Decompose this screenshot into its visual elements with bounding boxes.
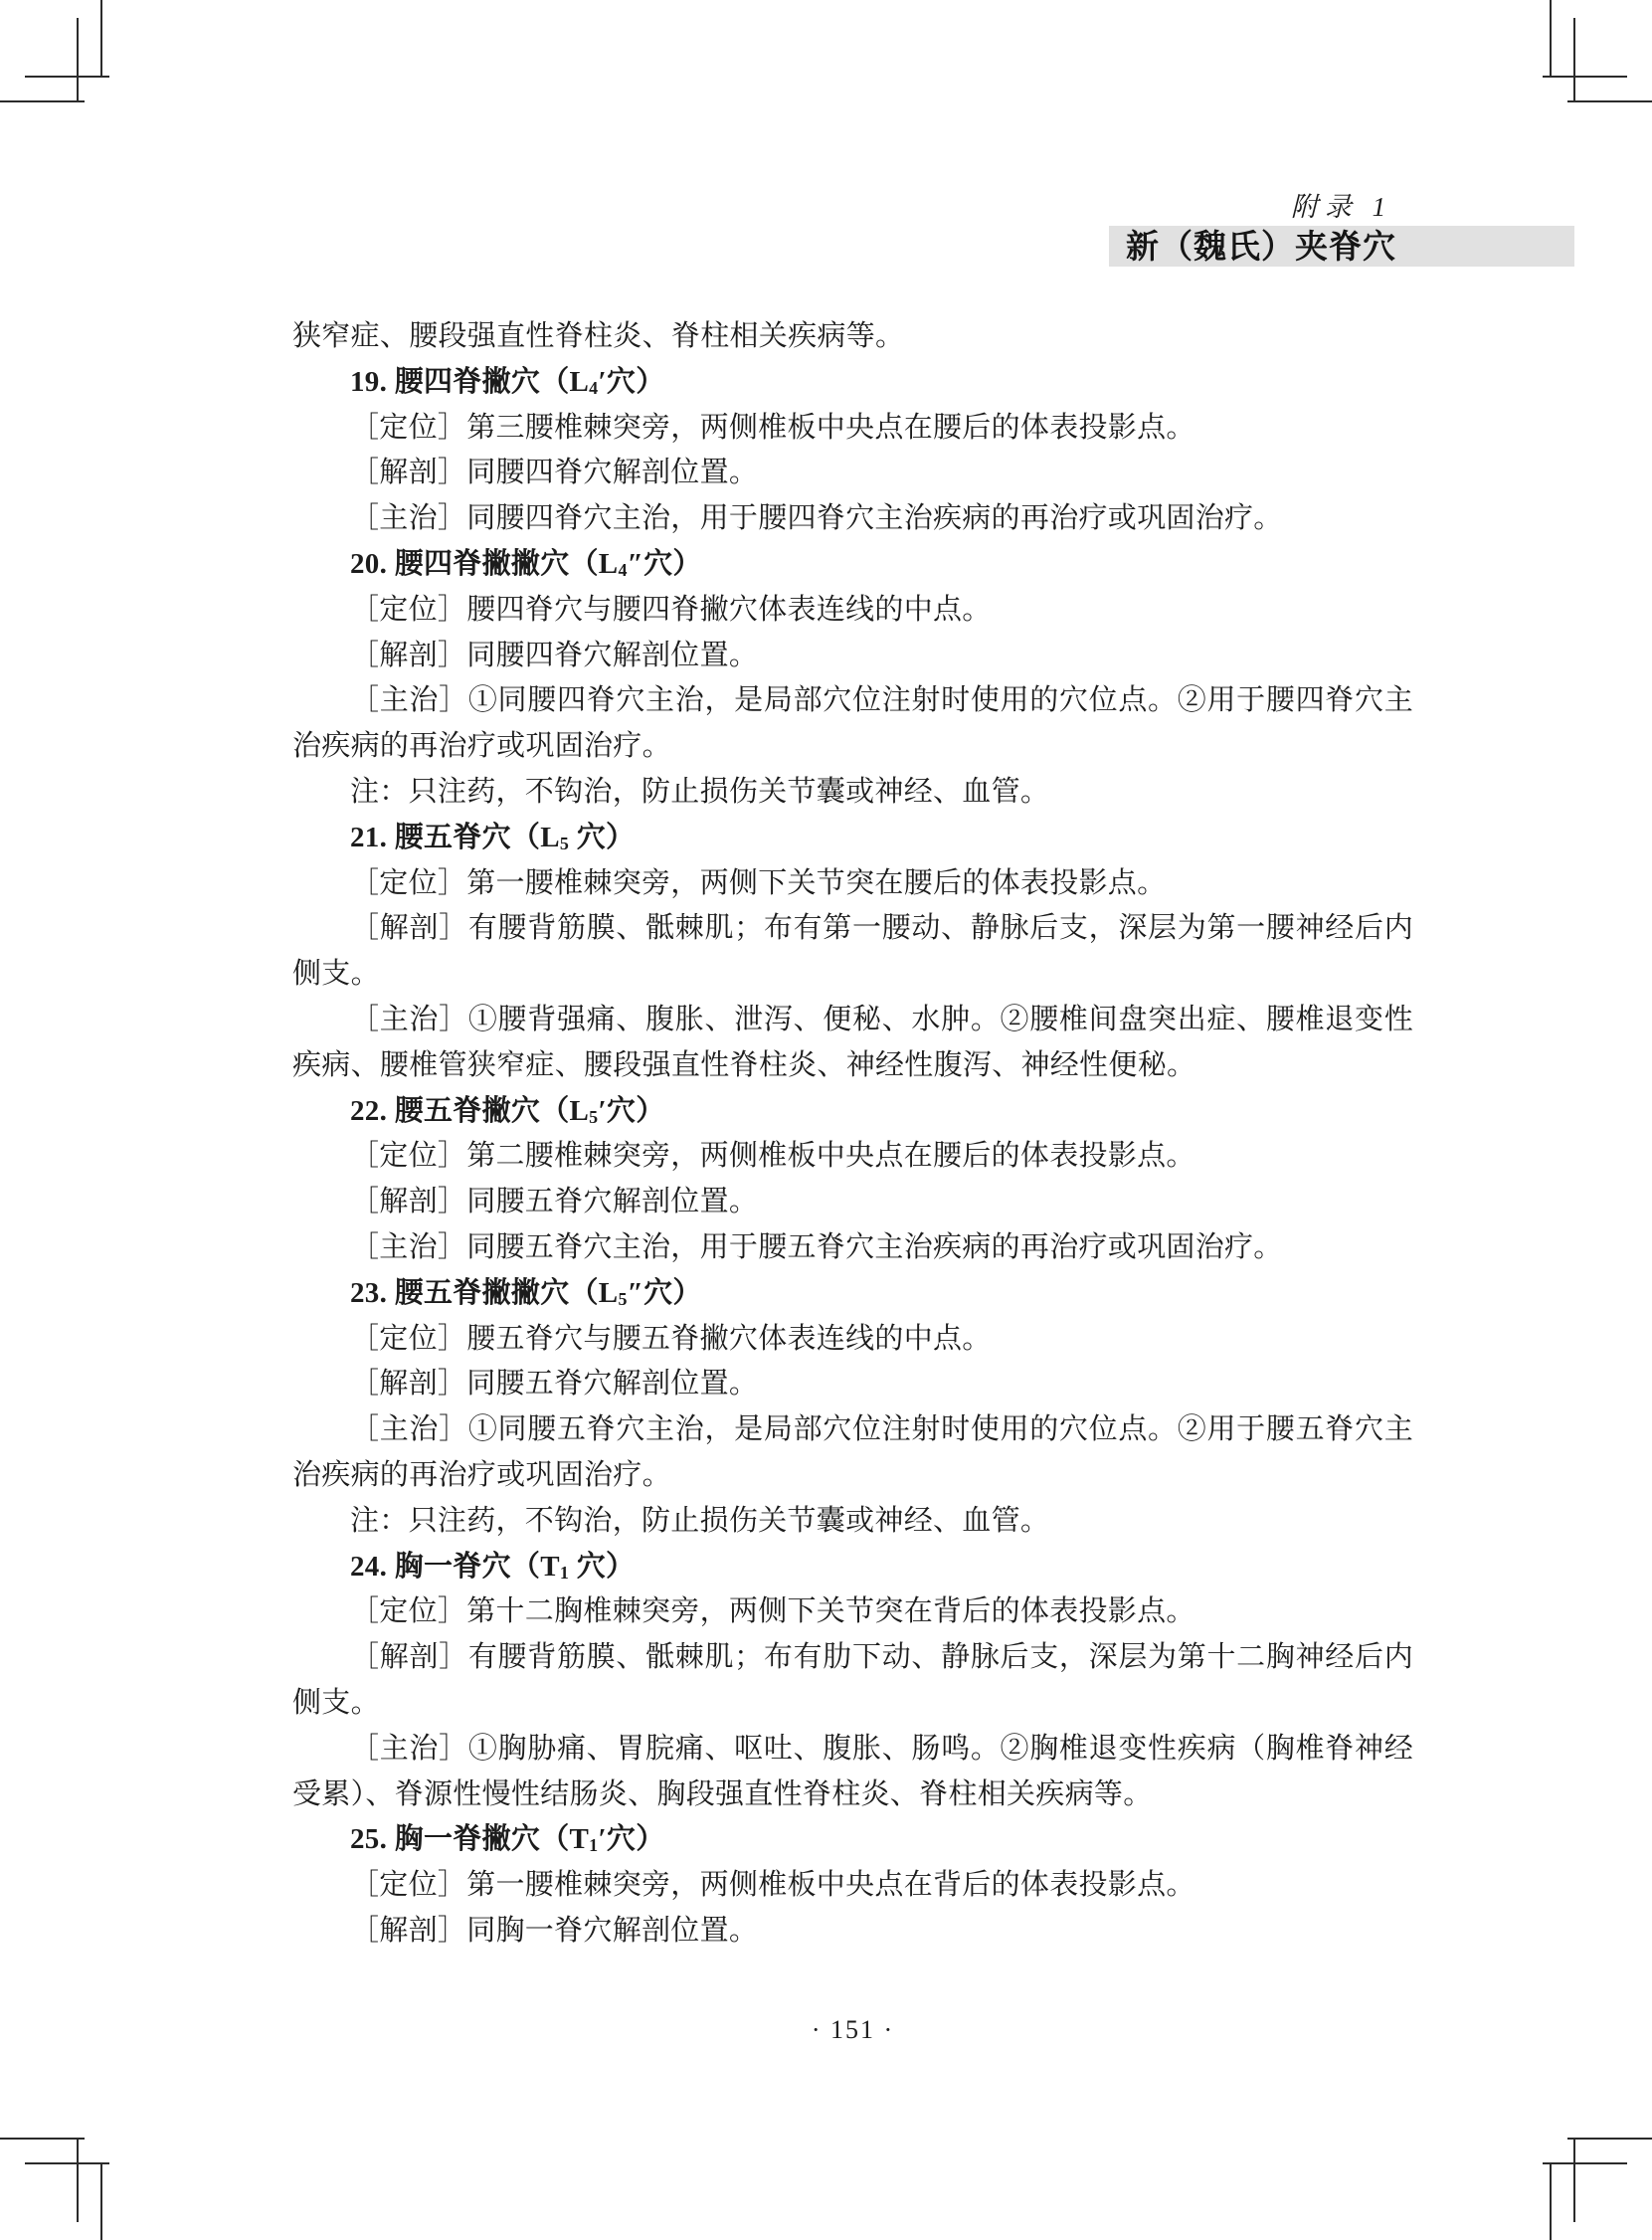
text-line: 受累）、脊源性慢性结肠炎、胸段强直性脊柱炎、脊柱相关疾病等。 [292,1773,1413,1818]
chapter-title-bar: 新（魏氏）夹脊穴 [1109,226,1574,267]
text-line: 侧支。 [292,952,1413,998]
crop-mark-line [1543,2162,1627,2164]
crop-mark-line [77,2138,79,2222]
text-line: ［定位］第二腰椎棘突旁，两侧椎板中央点在腰后的体表投影点。 [292,1134,1413,1180]
text-line: ［定位］第一腰椎棘突旁，两侧椎板中央点在背后的体表投影点。 [292,1863,1413,1909]
text-line: ［主治］①胸胁痛、胃脘痛、呕吐、腹胀、肠鸣。②胸椎退变性疾病（胸椎脊神经 [292,1727,1413,1773]
appendix-label: 附录 1 [1109,185,1574,224]
point-heading: 22. 腰五脊撇穴（L5′穴） [292,1089,1413,1135]
point-heading: 19. 腰四脊撇穴（L4′穴） [292,360,1413,406]
text-line: ［解剖］同胸一脊穴解剖位置。 [292,1909,1413,1955]
book-page: { "colors": { "text": "#1c1c1c", "highli… [0,0,1652,2240]
point-heading: 21. 腰五脊穴（L5 穴） [292,816,1413,861]
text-line: ［主治］①同腰五脊穴主治，是局部穴位注射时使用的穴位点。②用于腰五脊穴主 [292,1407,1413,1453]
text-line: 注：只注药，不钩治，防止损伤关节囊或神经、血管。 [292,1499,1413,1545]
crop-mark-line [1543,76,1627,78]
crop-mark-line [100,0,102,78]
text-line: 侧支。 [292,1681,1413,1727]
text-line: ［解剖］同腰四脊穴解剖位置。 [292,634,1413,679]
text-line: ［主治］同腰四脊穴主治，用于腰四脊穴主治疾病的再治疗或巩固治疗。 [292,496,1413,542]
crop-mark-line [25,2162,109,2164]
text-line: ［主治］①同腰四脊穴主治，是局部穴位注射时使用的穴位点。②用于腰四脊穴主 [292,678,1413,724]
crop-mark-line [0,100,85,102]
text-line: ［解剖］同腰四脊穴解剖位置。 [292,451,1413,496]
crop-mark-line [77,18,79,102]
text-line: 疾病、腰椎管狭窄症、腰段强直性脊柱炎、神经性腹泻、神经性便秘。 [292,1043,1413,1089]
crop-mark-line [0,2138,85,2140]
crop-mark-line [1550,0,1552,78]
subscript: 1 [560,1563,569,1583]
crop-mark-line [1573,18,1575,102]
text-line: ［定位］第十二胸椎棘突旁，两侧下关节突在背后的体表投影点。 [292,1589,1413,1635]
text-line: ［解剖］有腰背筋膜、骶棘肌；布有第一腰动、静脉后支，深层为第一腰神经后内 [292,906,1413,952]
text-line: ［解剖］同腰五脊穴解剖位置。 [292,1362,1413,1407]
subscript: 4 [618,560,627,580]
subscript: 4 [589,378,598,398]
crop-mark-line [1573,2138,1575,2222]
point-heading: 25. 胸一脊撇穴（T1′穴） [292,1817,1413,1863]
text-line: ［解剖］同腰五脊穴解剖位置。 [292,1180,1413,1225]
crop-mark-line [1567,100,1652,102]
crop-mark-line [25,76,109,78]
subscript: 5 [618,1289,627,1309]
text-line: ［主治］同腰五脊穴主治，用于腰五脊穴主治疾病的再治疗或巩固治疗。 [292,1225,1413,1271]
crop-mark-line [100,2162,102,2240]
subscript: 5 [589,1107,598,1127]
text-line: 治疾病的再治疗或巩固治疗。 [292,724,1413,770]
text-line: ［定位］腰五脊穴与腰五脊撇穴体表连线的中点。 [292,1317,1413,1363]
subscript: 1 [589,1836,598,1856]
point-heading: 23. 腰五脊撇撇穴（L5″穴） [292,1271,1413,1317]
text-line: ［定位］第三腰椎棘突旁，两侧椎板中央点在腰后的体表投影点。 [292,406,1413,452]
page-number: · 151 · [292,2015,1413,2045]
body-text: 狭窄症、腰段强直性脊柱炎、脊柱相关疾病等。19. 腰四脊撇穴（L4′穴）［定位］… [292,314,1413,1955]
crop-mark-line [1567,2138,1652,2140]
text-line: 狭窄症、腰段强直性脊柱炎、脊柱相关疾病等。 [292,314,1413,360]
point-heading: 20. 腰四脊撇撇穴（L4″穴） [292,542,1413,588]
text-line: ［主治］①腰背强痛、腹胀、泄泻、便秘、水肿。②腰椎间盘突出症、腰椎退变性 [292,998,1413,1043]
text-line: 治疾病的再治疗或巩固治疗。 [292,1453,1413,1499]
text-line: ［定位］第一腰椎棘突旁，两侧下关节突在腰后的体表投影点。 [292,861,1413,907]
point-heading: 24. 胸一脊穴（T1 穴） [292,1545,1413,1590]
text-line: ［解剖］有腰背筋膜、骶棘肌；布有肋下动、静脉后支，深层为第十二胸神经后内 [292,1635,1413,1681]
text-line: 注：只注药，不钩治，防止损伤关节囊或神经、血管。 [292,770,1413,816]
subscript: 5 [560,834,569,853]
chapter-title: 新（魏氏）夹脊穴 [1126,228,1396,265]
crop-mark-line [1550,2162,1552,2240]
text-line: ［定位］腰四脊穴与腰四脊撇穴体表连线的中点。 [292,588,1413,634]
